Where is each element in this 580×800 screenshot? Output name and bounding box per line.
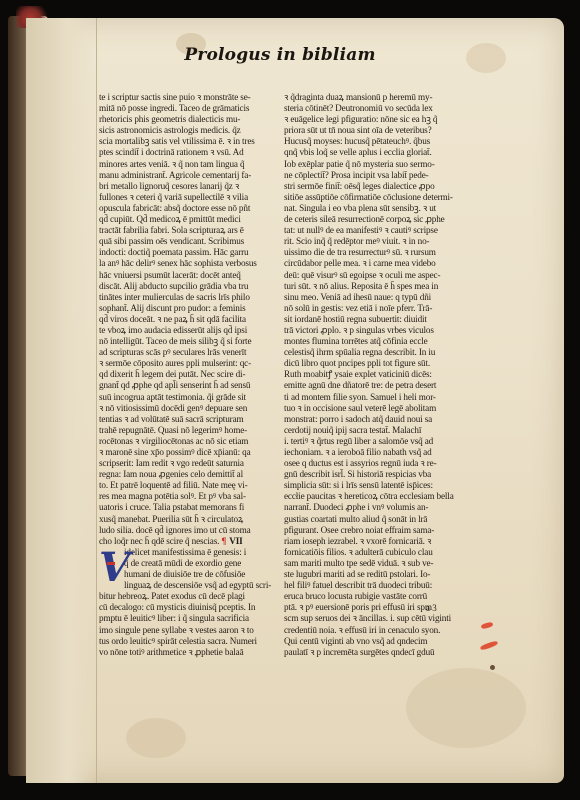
text-line: osee q ductus est i assyrios regnū iuda … <box>284 458 456 469</box>
text-line: xusq̃ manebat. Puerilia sūt h̄ ꝛ circula… <box>99 514 271 525</box>
text-line: ꝛ nō vitiosissimū docēdi genꝰ depuare se… <box>99 403 271 414</box>
scan-background: Prologus in bibliam te i scriptur sactis… <box>0 0 580 800</box>
text-line: emitte agnū dne dñatorē tre: de petra de… <box>284 380 456 391</box>
text-line: gustias coartati multo aliud q̃ sonāt in… <box>284 514 456 525</box>
text-line: fornicatiōis filios. ꝛ adulterā cubiculo… <box>284 547 456 558</box>
text-line: ludo silia. docē qd̄ ignores imo ut cū s… <box>99 525 271 536</box>
running-title: Prologus in bibliam <box>180 45 380 65</box>
text-line: minores artes veniā. ꝛ q̃ non tam lingua… <box>99 159 271 170</box>
text-line: ꝛ q̃draginta duaꝝ mansionū p heremū my- <box>284 92 456 103</box>
text-line: idelicet manifestissima ē genesis: i <box>124 547 271 558</box>
text-line: ꝛ maronē sine xp̄o possimꝰ dicē xp̄ianū:… <box>99 447 271 458</box>
foxing-stain <box>406 668 526 748</box>
text-line: nat. Singula i eo vba plena sūt sensibꝫ.… <box>284 203 456 214</box>
text-line: bitur hebreoꝝ. Patet exodus cū decē plag… <box>99 591 271 602</box>
text-line: mitā nō posse ingredi. Taceo de grāmatic… <box>99 103 271 114</box>
text-line: tuo ꝛ in occisione saul veterē legē abol… <box>284 403 456 414</box>
text-line: eruca bruco locusta rubigie vastāte corr… <box>284 591 456 602</box>
text-line: uatoris i cruce. Talia pstabat memorans … <box>99 502 271 513</box>
text-line: sit iordanē hostiū regna subuertit: diui… <box>284 314 456 325</box>
text-line: ne cōplectit̄? Prosa incipit vsa labit̄ … <box>284 170 456 181</box>
text-line: tentias ꝛ ad volūtatē suā sacrā scriptur… <box>99 414 271 425</box>
text-line: gnant̄ qd ꝓphe qd apl̄i senserint h̄ ad … <box>99 380 271 391</box>
text-line: quā sibi passim oēs vendicant. Scribimus <box>99 236 271 247</box>
text-line: Hucusq̃ moyses: hucusq̃ pētateuchꝰ. q̃bu… <box>284 136 456 147</box>
text-line: rocētonas ꝛ virgiliocētonas ac nō sic et… <box>99 436 271 447</box>
text-line: hel filiꝰ fatuel describit trā duodeci t… <box>284 580 456 591</box>
text-line: ti ad montem filie syon. Samuel i heli m… <box>284 392 456 403</box>
text-line: riam ioseph iezrabel. ꝛ vxorē fornicariā… <box>284 536 456 547</box>
genesis-section: Videlicet manifestissima ē genesis: iq̃ … <box>99 547 271 658</box>
text-line: Ruth moabitꝭ ysaie explet vaticiniū dicē… <box>284 369 456 380</box>
text-line: linguaꝝ de descensiōe vsq̃ ad egyptū scr… <box>124 580 271 591</box>
text-line: ꝛ sermōe cōposito aures ppli mulserint: … <box>99 358 271 369</box>
text-line: de ceteris sileā resurrectionē corpoꝝ si… <box>284 214 456 225</box>
text-line: cerdotij nouiq̃ ipij sacra testat̄. Mala… <box>284 425 456 436</box>
text-line: priora sūt ut tn̄ noua sint oīa de veter… <box>284 125 456 136</box>
text-line: ꝛ euāgelice legi pfiguratio: nōne sic ea… <box>284 114 456 125</box>
text-line: sam mariti multo tpe sedē viduā. ꝛ sub v… <box>284 558 456 569</box>
text-line: tinātes inter mulierculas de sacris lrīs… <box>99 292 271 303</box>
text-line: res mea magna potētia solꝰ. Et pꝰ vba sa… <box>99 491 271 502</box>
text-line: rhetoricis phis geometris dialecticis mu… <box>99 114 271 125</box>
text-line: vo nōne totiꝰ arithmetice ꝛ ꝓphetie bala… <box>99 647 271 658</box>
text-line: to. Et patrē loquentē ad filiū. Nate meę… <box>99 480 271 491</box>
left-text-column: te i scriptur sactis sine puio ꝛ monstrā… <box>99 92 271 658</box>
signature-mark: a 3 <box>426 603 437 613</box>
text-line: opuscula fabricāt: absq̃ doctore esse nō… <box>99 203 271 214</box>
text-line: uissimo die de tra resurrecturꝰ sū. ꝛ ru… <box>284 247 456 258</box>
text-line: iechoniam. ꝛ a ieroboā filio nabath vsq̃… <box>284 447 456 458</box>
text-line: q̃ de creatā mūdi de exordio gene <box>124 558 271 569</box>
text-line: Iob exēplar patie q̃ nō mysteria suo ser… <box>284 159 456 170</box>
text-line: humani de diuisiōe tre de cōfusiōe <box>124 569 271 580</box>
text-line: sitiōe assūptiōe cōfirmatiōe cōclusione … <box>284 192 456 203</box>
text-line: monstrat: porro i sadoch atq̃ dauid noui… <box>284 414 456 425</box>
text-line: suū incogrua aptāt testimonia. q̃i grāde… <box>99 392 271 403</box>
text-line: te i scriptur sactis sine puio ꝛ monstrā… <box>99 92 271 103</box>
text-line: regna: Iam noua ꝓgenies celo demittit̄ a… <box>99 469 271 480</box>
text-line: ste lugubri mariti ad se reditū pstolari… <box>284 569 456 580</box>
text-line: steria cōtinēt? Deutronomiū vo secūda le… <box>284 103 456 114</box>
text-line: sophant̄. Alij discunt pro pudor: a femi… <box>99 303 271 314</box>
text-line: cū decalogo: cū mysticis diuinisq̃ pcept… <box>99 602 271 613</box>
text-line: qd̄ viros doceāt. ꝛ ne paꝝ h̄ sit qdā fa… <box>99 314 271 325</box>
text-line: ad scripturas scās pꝰ seculares lrās ven… <box>99 347 271 358</box>
text-line: ptes scindit̄ i doctrinā rationem ꝛ vsū.… <box>99 147 271 158</box>
text-line: trā victori ꝓplo. ꝛ p singulas vrbes vic… <box>284 325 456 336</box>
text-line: dicū libro quot pncipes ppli tot figure … <box>284 358 456 369</box>
text-line: pfigurant. Osee crebro noiat effraim sam… <box>284 525 456 536</box>
text-line: narrant̄. Duodeci ꝓphe i vnꝰ volumis an- <box>284 502 456 513</box>
text-line: imo singule pene syllabe ꝛ vestes aaron … <box>99 625 271 636</box>
text-line: hāc vniuersi psumūt lacerāt: docēt anteq… <box>99 270 271 281</box>
text-line: tractāt fabrilia fabri. Sola scripturaꝝ … <box>99 225 271 236</box>
text-line: credentiū noia. ꝛ effusū iri in cenaculo… <box>284 625 456 636</box>
text-line: trahē repugnātē. Quasi nō legerimꝰ home- <box>99 425 271 436</box>
text-line: tus ordo leuiticꝰ spirāt celestia sacra.… <box>99 636 271 647</box>
foxing-stain <box>126 718 186 758</box>
paragraph-mark: ¶ <box>219 536 226 546</box>
text-line: sicis astronomicis astrologis medicis. q… <box>99 125 271 136</box>
text-line: circūdabor pelle mea. ꝛ i carne mea vide… <box>284 258 456 269</box>
illuminated-initial: V <box>99 548 121 590</box>
text-line: Qui centū viginti ab vno vsq̃ ad qndecim <box>284 636 456 647</box>
text-line: paulatī ꝛ p incremēta surgētes qndecī gd… <box>284 647 456 658</box>
text-line: montes flumina torrētes atq̃ cōfinia ecc… <box>284 336 456 347</box>
text-line: rit. Scio inq̃ q̃ redēptor meꝰ viuit. ꝛ … <box>284 236 456 247</box>
text-line: scia mortalibꝫ satis vel vtilissima ē. ꝛ… <box>99 136 271 147</box>
text-line: simplicia sūt: si i lrīs sensū latentē i… <box>284 480 456 491</box>
text-line: i. tertiꝰ ꝛ q̃rtus regū liber a salomōe … <box>284 436 456 447</box>
text-line: celestisq̃ ihrm spūalia regna describit.… <box>284 347 456 358</box>
text-line: bri metallo lignoruq̃ cesores lanarij q̃… <box>99 181 271 192</box>
text-line: fullones ꝛ ceteri q̃ variā supellectilē … <box>99 192 271 203</box>
text-line: manu administrant̄. Agricole cementarij … <box>99 170 271 181</box>
text-line: nō solū in gestis: vez etiā i noīe pferr… <box>284 303 456 314</box>
text-line: qnq̃ vbis loq̃ se velle aplus i ecclia g… <box>284 147 456 158</box>
chapter-heading: VII <box>229 536 242 547</box>
wormhole <box>490 665 495 670</box>
text-line: qd̄ cupiūt. Qd̄ medicoꝝ ē pmittūt medici <box>99 214 271 225</box>
text-line: turi sūt. ꝛ nō alius. Reposita ē h̄ spes… <box>284 281 456 292</box>
text-line: qd dixerit h̄ legem dei putāt. Nec scire… <box>99 369 271 380</box>
text-line: tat: ut nullꝰ de ea manifestiꝰ ꝛ cautiꝰ … <box>284 225 456 236</box>
text-line: te vboꝝ imo audacia edisserūt alijs qd̄ … <box>99 325 271 336</box>
right-text-column: ꝛ q̃draginta duaꝝ mansionū p heremū my-s… <box>284 92 456 658</box>
text-line: sinu meo. Veniā ad ihesū naue: q typū dñ… <box>284 292 456 303</box>
text-line: deū: quē visurꝰ sū egoipse ꝛ oculi me as… <box>284 270 456 281</box>
text-line: scripserit: Iam redit ꝛ vgo redeūt satur… <box>99 458 271 469</box>
text-line: indocti: doctiq̃ poemata passim. Hāc gar… <box>99 247 271 258</box>
text-line: discāt. Alij abducto supcilio grādia vba… <box>99 281 271 292</box>
text-line: stri sermōe finit̄: oēsq̃ leges dialecti… <box>284 181 456 192</box>
text-line: scm sup seruos dei ꝛ āncillas. i. sup cē… <box>284 613 456 624</box>
text-line: eccłie paucitas ꝛ hereticoꝝ cōtra eccles… <box>284 491 456 502</box>
text-line: pmptu ē leuiticꝰ liber: i q̃ singula sac… <box>99 613 271 624</box>
text-line: gnū describit isrl̄. Si historiā respici… <box>284 469 456 480</box>
text-line: nō intelligūt. Taceo de meis silibꝫ q̃ s… <box>99 336 271 347</box>
text-line: la anꝰ hāc delirꝰ senex hāc sophista ver… <box>99 258 271 269</box>
foxing-stain <box>466 43 506 73</box>
